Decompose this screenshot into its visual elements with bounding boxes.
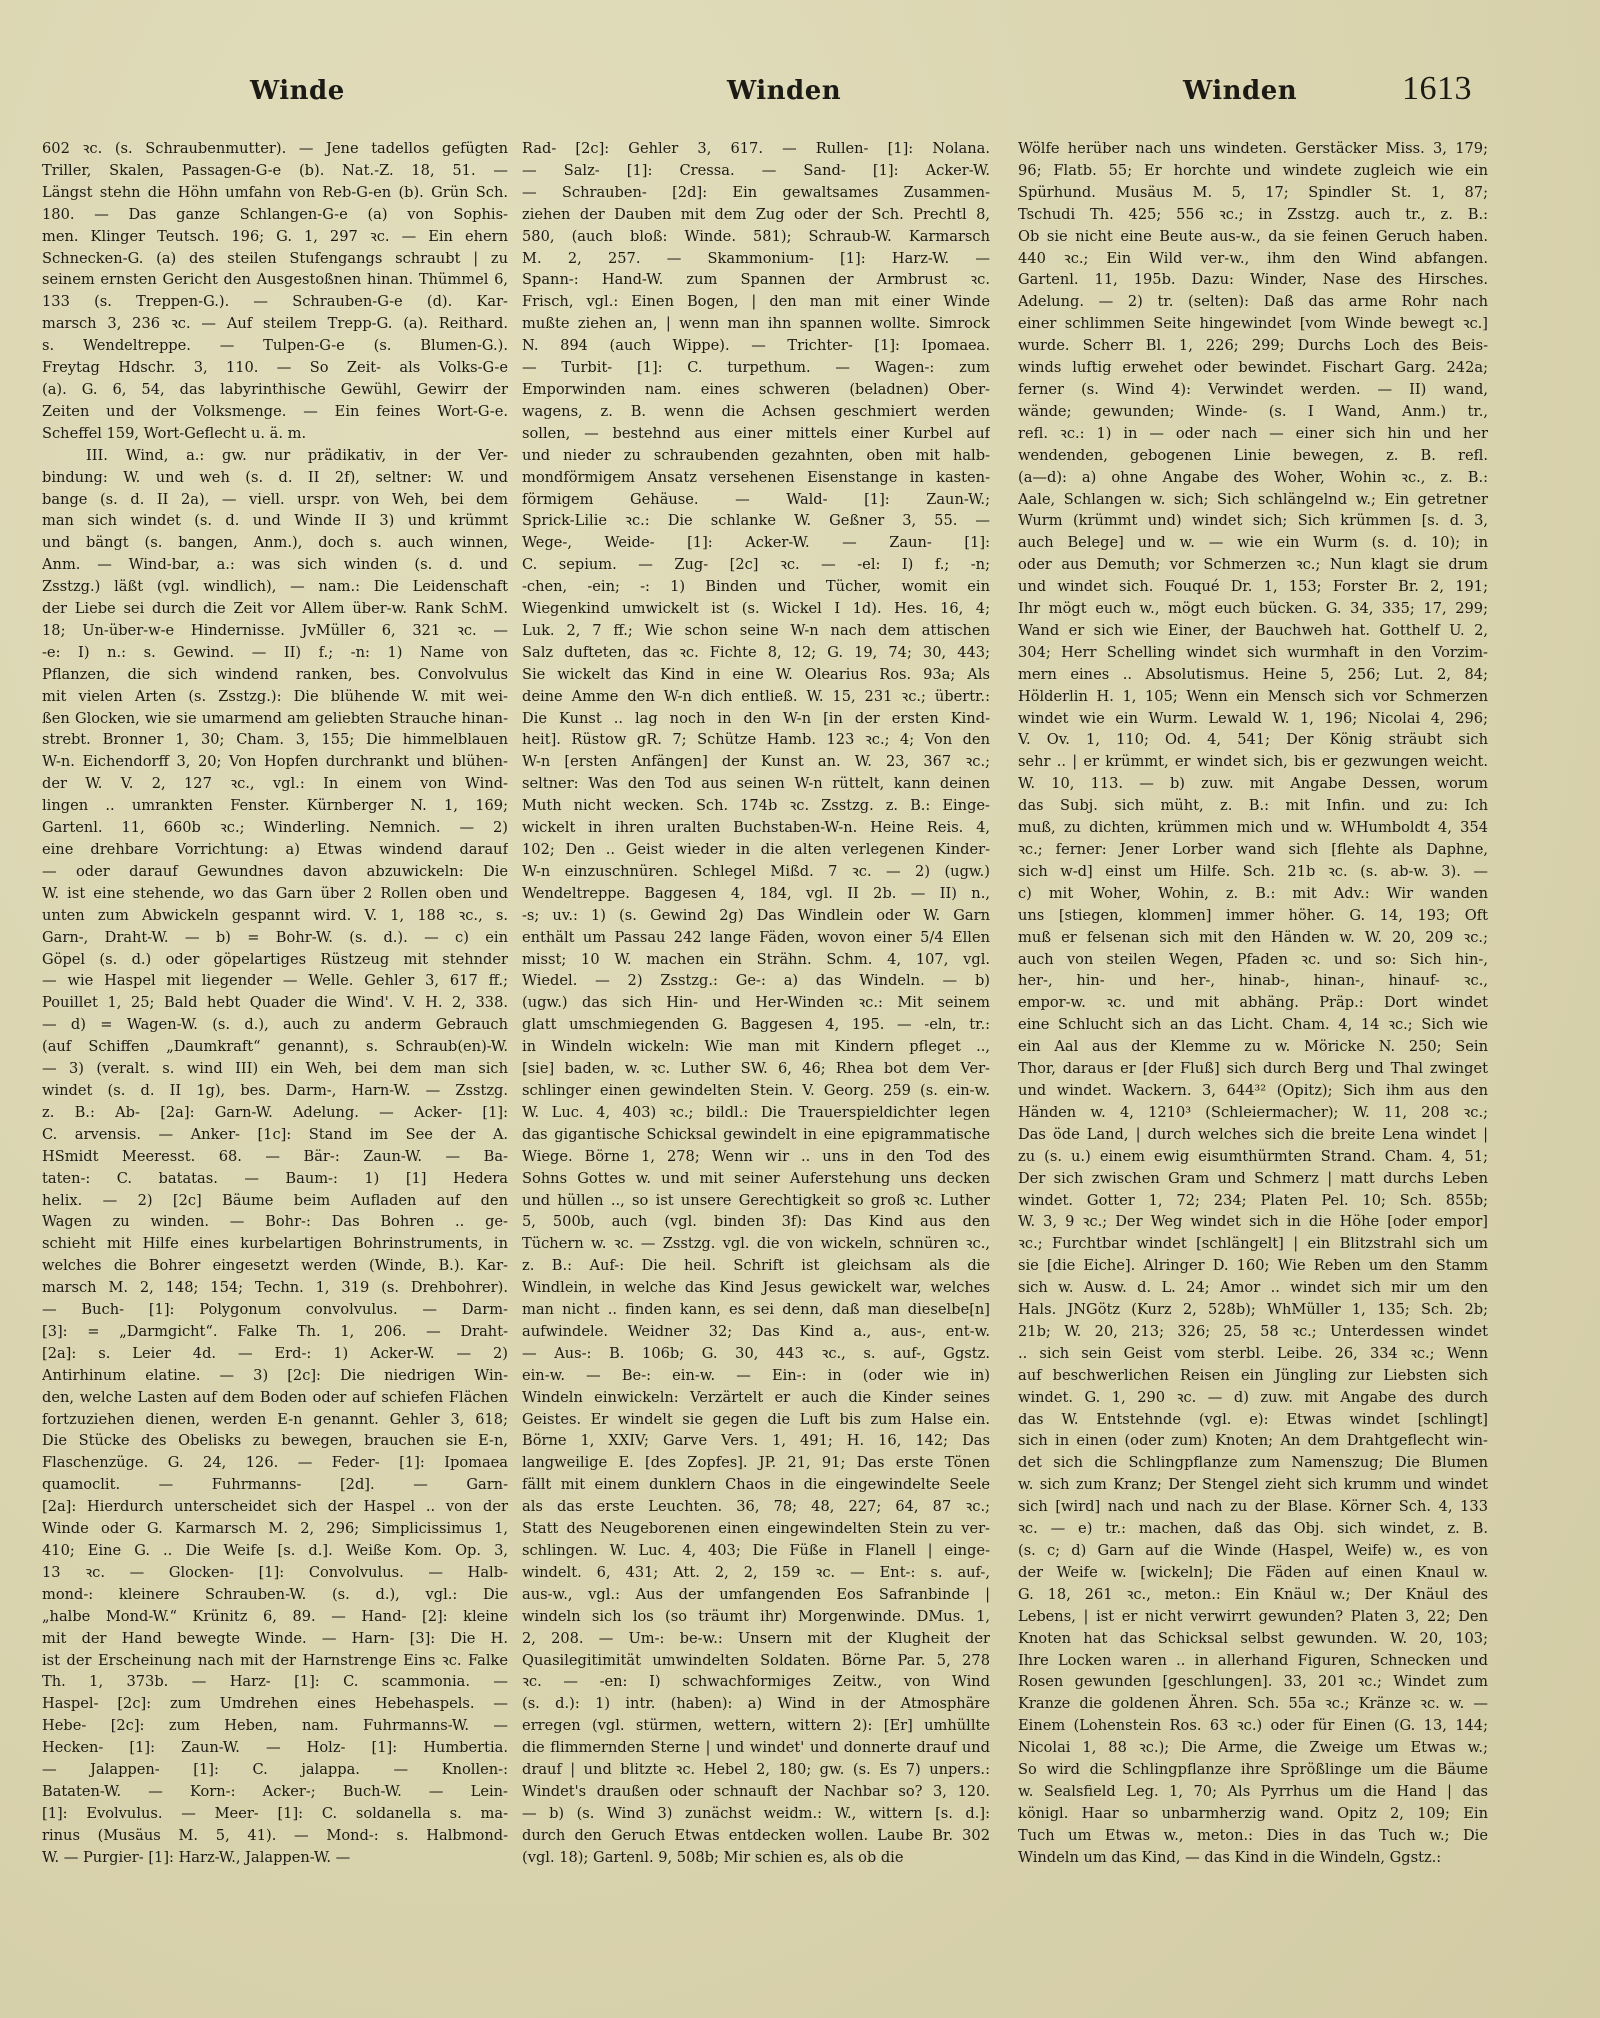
- text-line: W-n einzuschnüren. Schlegel Mißd. 7 ꝛc. …: [522, 861, 990, 883]
- text-line: sich w-d] einst um Hilfe. Sch. 21b ꝛc. (…: [1018, 861, 1488, 883]
- text-line: Kranze die goldenen Ähren. Sch. 55a ꝛc.;…: [1018, 1693, 1488, 1715]
- text-line: der Weife w. [wickeln]; Die Fäden auf ei…: [1018, 1562, 1488, 1584]
- text-line: Flaschenzüge. G. 24, 126. — Feder- [1]: …: [42, 1452, 508, 1474]
- text-line: W. ist eine stehende, wo das Garn über 2…: [42, 883, 508, 905]
- text-line: Muth nicht wecken. Sch. 174b ꝛc. Zsstzg.…: [522, 795, 990, 817]
- text-line: eine drehbare Vorrichtung: a) Etwas wind…: [42, 839, 508, 861]
- text-line: Windeln um das Kind, — das Kind in die W…: [1018, 1847, 1488, 1869]
- page-number: 1613: [1402, 70, 1472, 108]
- text-line: windeln sich los (so träumt ihr) Morgenw…: [522, 1606, 990, 1628]
- text-line: durch den Geruch Etwas entdecken wollen.…: [522, 1825, 990, 1847]
- text-line: W. 3, 9 ꝛc.; Der Weg windet sich in die …: [1018, 1211, 1488, 1233]
- text-line: ꝛc. — -en: I) schwachformiges Zeitw., vo…: [522, 1671, 990, 1693]
- text-line: Sprick-Lilie ꝛc.: Die schlanke W. Geßner…: [522, 510, 990, 532]
- text-line: windelt. 6, 431; Att. 2, 2, 159 ꝛc. — En…: [522, 1562, 990, 1584]
- text-line: Die Stücke des Obelisks zu bewegen, brau…: [42, 1430, 508, 1452]
- text-line: -s; uv.: 1) (s. Gewind 2g) Das Windlein …: [522, 905, 990, 927]
- text-line: Wendeltreppe. Baggesen 4, 184, vgl. II 2…: [522, 883, 990, 905]
- text-line: mußte ziehen an, | wenn man ihn spannen …: [522, 313, 990, 335]
- text-line: fällt mit einem dunklern Chaos in die ei…: [522, 1474, 990, 1496]
- text-line: und bängt (s. bangen, Anm.), doch s. auc…: [42, 532, 508, 554]
- text-line: bindung: W. und weh (s. d. II 2f), seltn…: [42, 467, 508, 489]
- text-line: [3]: = „Darmgicht“. Falke Th. 1, 206. — …: [42, 1321, 508, 1343]
- text-line: empor-w. ꝛc. und mit abhäng. Präp.: Dort…: [1018, 992, 1488, 1014]
- text-line: Ihr mögt euch w., mögt euch bücken. G. 3…: [1018, 598, 1488, 620]
- text-line: ꝛc. — e) tr.: machen, daß das Obj. sich …: [1018, 1518, 1488, 1540]
- text-line: Göpel (s. d.) oder göpelartiges Rüstzeug…: [42, 949, 508, 971]
- text-line: Rosen gewunden [geschlungen]. 33, 201 ꝛc…: [1018, 1671, 1488, 1693]
- text-line: -chen, -ein; -: 1) Binden und Tücher, wo…: [522, 576, 990, 598]
- text-line: Salz dufteten, das ꝛc. Fichte 8, 12; G. …: [522, 642, 990, 664]
- text-line: sollen, — bestehnd aus einer mittels ein…: [522, 423, 990, 445]
- text-line: W. 10, 113. — b) zuw. mit Angabe Dessen,…: [1018, 773, 1488, 795]
- text-line: Winde oder G. Karmarsch M. 2, 296; Simpl…: [42, 1518, 508, 1540]
- text-line: heit]. Rüstow gR. 7; Schütze Hamb. 123 ꝛ…: [522, 729, 990, 751]
- text-column-3: Wölfe herüber nach uns windeten. Gerstäc…: [1018, 138, 1488, 1869]
- text-line: Statt des Neugeborenen einen eingewindel…: [522, 1518, 990, 1540]
- text-line: ßen Glocken, wie sie umarmend am geliebt…: [42, 708, 508, 730]
- text-line: Wege-, Weide- [1]: Acker-W. — Zaun- [1]:: [522, 532, 990, 554]
- running-head-right: Winden: [1183, 76, 1297, 106]
- text-line: oder aus Demuth; vor Schmerzen ꝛc.; Nun …: [1018, 554, 1488, 576]
- text-line: die flimmernden Sterne | und windet' und…: [522, 1737, 990, 1759]
- text-line: aufwindele. Weidner 32; Das Kind a., aus…: [522, 1321, 990, 1343]
- text-line: Knoten hat das Schicksal selbst gewunden…: [1018, 1628, 1488, 1650]
- text-line: Spann-: Hand-W. zum Spannen der Armbrust…: [522, 269, 990, 291]
- text-line: uns [stiegen, klommen] immer höher. G. 1…: [1018, 905, 1488, 927]
- text-line: königl. Haar so unbarmherzig wand. Opitz…: [1018, 1803, 1488, 1825]
- text-line: man sich windet (s. d. und Winde II 3) u…: [42, 510, 508, 532]
- text-line: ziehen der Dauben mit dem Zug oder der S…: [522, 204, 990, 226]
- text-line: w. Sealsfield Leg. 1, 70; Als Pyrrhus um…: [1018, 1781, 1488, 1803]
- text-line: deine Amme den W-n dich entließ. W. 15, …: [522, 686, 990, 708]
- text-line: Ihre Locken waren .. in allerhand Figure…: [1018, 1650, 1488, 1672]
- text-line: — d) = Wagen-W. (s. d.), auch zu anderm …: [42, 1014, 508, 1036]
- text-line: Gartenl. 11, 660b ꝛc.; Winderling. Nemni…: [42, 817, 508, 839]
- text-line: M. 2, 257. — Skammonium- [1]: Harz-W. —: [522, 248, 990, 270]
- text-line: Emporwinden nam. eines schweren (beladne…: [522, 379, 990, 401]
- running-head: Winde Winden Winden 1613: [0, 68, 1600, 118]
- text-line: sich in einen (oder zum) Knoten; An dem …: [1018, 1430, 1488, 1452]
- text-line: Tüchern w. ꝛc. — Zsstzg. vgl. die von wi…: [522, 1233, 990, 1255]
- text-line: Längst stehn die Höhn umfahn von Reb-G-e…: [42, 182, 508, 204]
- text-line: [2a]: s. Leier 4d. — Erd-: 1) Acker-W. —…: [42, 1343, 508, 1365]
- text-line: windet. G. 1, 290 ꝛc. — d) zuw. mit Anga…: [1018, 1387, 1488, 1409]
- text-line: ist der Erscheinung nach mit der Harnstr…: [42, 1650, 508, 1672]
- text-line: langweilige E. [des Zopfes]. JP. 21, 91;…: [522, 1452, 990, 1474]
- text-line: welches die Bohrer eingesetzt werden (Wi…: [42, 1255, 508, 1277]
- text-line: windet (s. d. II 1g), bes. Darm-, Harn-W…: [42, 1080, 508, 1102]
- text-line: — Jalappen- [1]: C. jalappa. — Knollen-:: [42, 1759, 508, 1781]
- text-column-1: 602 ꝛc. (s. Schraubenmutter). — Jene tad…: [42, 138, 508, 1869]
- text-line: Freytag Hdschr. 3, 110. — So Zeit- als V…: [42, 357, 508, 379]
- text-line: Sie wickelt das Kind in eine W. Olearius…: [522, 664, 990, 686]
- text-line: aus-w., vgl.: Aus der umfangenden Eos Sa…: [522, 1584, 990, 1606]
- text-line: s. Wendeltreppe. — Tulpen-G-e (s. Blumen…: [42, 335, 508, 357]
- text-line: — Buch- [1]: Polygonum convolvulus. — Da…: [42, 1299, 508, 1321]
- text-line: der W. V. 2, 127 ꝛc., vgl.: In einem von…: [42, 773, 508, 795]
- text-line: Frisch, vgl.: Einen Bogen, | den man mit…: [522, 291, 990, 313]
- text-line: z. B.: Auf-: Die heil. Schrift ist gleic…: [522, 1255, 990, 1277]
- text-line: förmigem Gehäuse. — Wald- [1]: Zaun-W.;: [522, 489, 990, 511]
- text-line: 2, 208. — Um-: be-w.: Unsern mit der Klu…: [522, 1628, 990, 1650]
- text-line: Wiedel. — 2) Zsstzg.: Ge-: a) das Windel…: [522, 970, 990, 992]
- text-line: das Subj. sich müht, z. B.: mit Infin. u…: [1018, 795, 1488, 817]
- text-line: (ugw.) das sich Hin- und Her-Winden ꝛc.:…: [522, 992, 990, 1014]
- text-line: N. 894 (auch Wippe). — Trichter- [1]: Ip…: [522, 335, 990, 357]
- text-line: „halbe Mond-W.“ Krünitz 6, 89. — Hand- […: [42, 1606, 508, 1628]
- text-line: bange (s. d. II 2a), — viell. urspr. von…: [42, 489, 508, 511]
- text-line: So wird die Schlingpflanze ihre Sprößlin…: [1018, 1759, 1488, 1781]
- text-line: fortzuziehen dienen, werden E-n genannt.…: [42, 1409, 508, 1431]
- text-line: wände; gewunden; Winde- (s. I Wand, Anm.…: [1018, 401, 1488, 423]
- text-line: schieht mit Hilfe eines kurbelartigen Bo…: [42, 1233, 508, 1255]
- text-line: Luk. 2, 7 ff.; Wie schon seine W-n nach …: [522, 620, 990, 642]
- text-line: her-, hin- und her-, hinab-, hinan-, hin…: [1018, 970, 1488, 992]
- text-line: W-n. Eichendorff 3, 20; Von Hopfen durch…: [42, 751, 508, 773]
- text-line: (auf Schiffen „Daumkraft“ genannt), s. S…: [42, 1036, 508, 1058]
- text-line: Sohns Gottes w. und mit seiner Aufersteh…: [522, 1168, 990, 1190]
- text-line: C. sepium. — Zug- [2c] ꝛc. — -el: I) f.;…: [522, 554, 990, 576]
- text-line: sehr .. | er krümmt, er windet sich, bis…: [1018, 751, 1488, 773]
- text-line: 102; Den .. Geist wieder in die alten ve…: [522, 839, 990, 861]
- text-line: men. Klinger Teutsch. 196; G. 1, 297 ꝛc.…: [42, 226, 508, 248]
- dictionary-page: Winde Winden Winden 1613 602 ꝛc. (s. Sch…: [0, 0, 1600, 2018]
- text-line: HSmidt Meeresst. 68. — Bär-: Zaun-W. — B…: [42, 1146, 508, 1168]
- text-line: Thor, daraus er [der Fluß] sich durch Be…: [1018, 1058, 1488, 1080]
- text-line: — wie Haspel mit liegender — Welle. Gehl…: [42, 970, 508, 992]
- text-line: enthält um Passau 242 lange Fäden, wovon…: [522, 927, 990, 949]
- text-line: auch Belege] und w. — wie ein Wurm (s. d…: [1018, 532, 1488, 554]
- running-head-left: Winde: [250, 76, 345, 106]
- text-line: (s. d.): 1) intr. (haben): a) Wind in de…: [522, 1693, 990, 1715]
- text-line: misst; 10 W. machen ein Strähn. Schm. 4,…: [522, 949, 990, 971]
- text-line: Windlein, in welche das Kind Jesus gewic…: [522, 1277, 990, 1299]
- text-line: Händen w. 4, 1210³ (Schleiermacher); W. …: [1018, 1102, 1488, 1124]
- text-line: Zeiten und der Volksmenge. — Ein feines …: [42, 401, 508, 423]
- text-line: z. B.: Ab- [2a]: Garn-W. Adelung. — Acke…: [42, 1102, 508, 1124]
- text-line: W. Luc. 4, 403) ꝛc.; bildl.: Die Trauers…: [522, 1102, 990, 1124]
- text-line: 133 (s. Treppen-G.). — Schrauben-G-e (d)…: [42, 291, 508, 313]
- text-line: Börne 1, XXIV; Garve Vers. 1, 491; H. 16…: [522, 1430, 990, 1452]
- text-line: 21b; W. 20, 213; 326; 25, 58 ꝛc.; Unterd…: [1018, 1321, 1488, 1343]
- text-line: 13 ꝛc. — Glocken- [1]: Convolvulus. — Ha…: [42, 1562, 508, 1584]
- text-line: Schnecken-G. (a) des steilen Stufengangs…: [42, 248, 508, 270]
- text-line: wurde. Scherr Bl. 1, 226; 299; Durchs Lo…: [1018, 335, 1488, 357]
- text-line: Hölderlin H. 1, 105; Wenn ein Mensch sic…: [1018, 686, 1488, 708]
- text-line: wickelt in ihren uralten Buchstaben-W-n.…: [522, 817, 990, 839]
- text-line: zu (s. u.) einem ewig eisumthürmten Stra…: [1018, 1146, 1488, 1168]
- text-line: marsch M. 2, 148; 154; Techn. 1, 319 (s.…: [42, 1277, 508, 1299]
- text-line: schlinger einen gewindelten Stein. V. Ge…: [522, 1080, 990, 1102]
- text-line: (a). G. 6, 54, das labyrinthische Gewühl…: [42, 379, 508, 401]
- text-line: Pouillet 1, 25; Bald hebt Quader die Win…: [42, 992, 508, 1014]
- text-line: Tuch um Etwas w., meton.: Dies in das Tu…: [1018, 1825, 1488, 1847]
- text-line: Wiege. Börne 1, 278; Wenn wir .. uns in …: [522, 1146, 990, 1168]
- text-line: 180. — Das ganze Schlangen-G-e (a) von S…: [42, 204, 508, 226]
- text-line: (vgl. 18); Gartenl. 9, 508b; Mir schien …: [522, 1847, 990, 1869]
- text-line: [1]: Evolvulus. — Meer- [1]: C. soldanel…: [42, 1803, 508, 1825]
- text-column-2: Rad- [2c]: Gehler 3, 617. — Rullen- [1]:…: [522, 138, 990, 1869]
- text-line: sich [wird] nach und nach zu der Blase. …: [1018, 1496, 1488, 1518]
- text-line: Aale, Schlangen w. sich; Sich schlängeln…: [1018, 489, 1488, 511]
- text-line: rinus (Musäus M. 5, 41). — Mond-: s. Hal…: [42, 1825, 508, 1847]
- text-line: 580, (auch bloß: Winde. 581); Schraub-W.…: [522, 226, 990, 248]
- text-line: quamoclit. — Fuhrmanns- [2d]. — Garn-: [42, 1474, 508, 1496]
- text-line: III. Wind, a.: gw. nur prädikativ, in de…: [42, 445, 508, 467]
- text-line: Spürhund. Musäus M. 5, 17; Spindler St. …: [1018, 182, 1488, 204]
- text-line: auf beschwerlichen Reisen ein Jüngling z…: [1018, 1365, 1488, 1387]
- text-line: mit der Hand bewegte Winde. — Harn- [3]:…: [42, 1628, 508, 1650]
- text-line: Ob sie nicht eine Beute aus-w., da sie f…: [1018, 226, 1488, 248]
- text-line: 304; Herr Schelling windet sich wurmhaft…: [1018, 642, 1488, 664]
- text-line: Wand er sich wie Einer, der Bauchweh hat…: [1018, 620, 1488, 642]
- text-line: taten-: C. batatas. — Baum-: 1) [1] Hede…: [42, 1168, 508, 1190]
- text-line: 96; Flatb. 55; Er horchte und windete zu…: [1018, 160, 1488, 182]
- text-line: w. sich zum Kranz; Der Stengel zieht sic…: [1018, 1474, 1488, 1496]
- text-line: helix. — 2) [2c] Bäume beim Aufladen auf…: [42, 1190, 508, 1212]
- text-line: mond-: kleinere Schrauben-W. (s. d.), vg…: [42, 1584, 508, 1606]
- text-line: und windet. Wackern. 3, 644³² (Opitz); S…: [1018, 1080, 1488, 1102]
- text-line: Triller, Skalen, Passagen-G-e (b). Nat.-…: [42, 160, 508, 182]
- text-line: Geistes. Er windelt sie gegen die Luft b…: [522, 1409, 990, 1431]
- text-line: W. — Purgier- [1]: Harz-W., Jalappen-W. …: [42, 1847, 508, 1869]
- text-line: muß er felsenan sich mit den Händen w. W…: [1018, 927, 1488, 949]
- text-line: Anm. — Wind-bar, a.: was sich winden (s.…: [42, 554, 508, 576]
- text-line: und hüllen .., so ist unsere Gerechtigke…: [522, 1190, 990, 1212]
- text-line: W-n [ersten Anfängen] der Kunst an. W. 2…: [522, 751, 990, 773]
- text-line: (a—d): a) ohne Angabe des Woher, Wohin ꝛ…: [1018, 467, 1488, 489]
- text-line: Das öde Land, | durch welches sich die b…: [1018, 1124, 1488, 1146]
- text-line: Garn-, Draht-W. — b) = Bohr-W. (s. d.). …: [42, 927, 508, 949]
- text-line: -e: I) n.: s. Gewind. — II) f.; -n: 1) N…: [42, 642, 508, 664]
- text-line: das gigantische Schicksal gewindelt in e…: [522, 1124, 990, 1146]
- text-line: — Turbit- [1]: C. turpethum. — Wagen-: z…: [522, 357, 990, 379]
- text-line: schlingen. W. Luc. 4, 403; Die Füße in F…: [522, 1540, 990, 1562]
- text-line: — 3) (veralt. s. wind III) ein Weh, bei …: [42, 1058, 508, 1080]
- text-line: — oder darauf Gewundnes davon abzuwickel…: [42, 861, 508, 883]
- text-line: windet. Gotter 1, 72; 234; Platen Pel. 1…: [1018, 1190, 1488, 1212]
- text-line: Wölfe herüber nach uns windeten. Gerstäc…: [1018, 138, 1488, 160]
- text-line: — Salz- [1]: Cressa. — Sand- [1]: Acker-…: [522, 160, 990, 182]
- text-line: Quasilegitimität umwindelten Soldaten. B…: [522, 1650, 990, 1672]
- text-line: mit vielen Arten (s. Zsstzg.): Die blühe…: [42, 686, 508, 708]
- text-line: ein Aal aus der Klemme zu w. Möricke N. …: [1018, 1036, 1488, 1058]
- text-line: refl. ꝛc.: 1) in — oder nach — einer sic…: [1018, 423, 1488, 445]
- text-line: Antirhinum elatine. — 3) [2c]: Die niedr…: [42, 1365, 508, 1387]
- text-line: mondförmigem Ansatz versehenen Eisenstan…: [522, 467, 990, 489]
- text-line: ein-w. — Be-: ein-w. — Ein-: in (oder wi…: [522, 1365, 990, 1387]
- text-line: der Liebe sei durch die Zeit vor Allem ü…: [42, 598, 508, 620]
- text-line: glatt umschmiegenden G. Baggesen 4, 195.…: [522, 1014, 990, 1036]
- text-line: seinem ernsten Gericht den Ausgestoßnen …: [42, 269, 508, 291]
- text-line: Rad- [2c]: Gehler 3, 617. — Rullen- [1]:…: [522, 138, 990, 160]
- text-line: sich w. Ausw. d. L. 24; Amor .. windet s…: [1018, 1277, 1488, 1299]
- text-line: wagens, z. B. wenn die Achsen geschmiert…: [522, 401, 990, 423]
- text-line: einer schlimmen Seite hingewindet [vom W…: [1018, 313, 1488, 335]
- text-line: windet wie ein Wurm. Lewald W. 1, 196; N…: [1018, 708, 1488, 730]
- text-line: erregen (vgl. stürmen, wettern, wittern …: [522, 1715, 990, 1737]
- text-line: sie [die Eiche]. Alringer D. 160; Wie Re…: [1018, 1255, 1488, 1277]
- text-line: in Windeln wickeln: Wie man mit Kindern …: [522, 1036, 990, 1058]
- text-line: unten zum Abwickeln gespannt wird. V. 1,…: [42, 905, 508, 927]
- text-line: — Aus-: B. 106b; G. 30, 443 ꝛc., s. auf-…: [522, 1343, 990, 1365]
- text-line: Windeln einwickeln: Verzärtelt er auch d…: [522, 1387, 990, 1409]
- text-line: Die Kunst .. lag noch in den W-n [in der…: [522, 708, 990, 730]
- text-line: man nicht .. finden kann, es sei denn, d…: [522, 1299, 990, 1321]
- text-line: Wurm (krümmt und) windet sich; Sich krüm…: [1018, 510, 1488, 532]
- text-line: Haspel- [2c]: zum Umdrehen eines Hebehas…: [42, 1693, 508, 1715]
- text-line: seltner: Was den Tod aus seinen W-n rütt…: [522, 773, 990, 795]
- text-line: marsch 3, 236 ꝛc. — Auf steilem Trepp-G.…: [42, 313, 508, 335]
- text-line: Windet's draußen oder schnauft der Nachb…: [522, 1781, 990, 1803]
- text-line: Th. 1, 373b. — Harz- [1]: C. scammonia. …: [42, 1671, 508, 1693]
- text-line: mern eines .. Absolutismus. Heine 5, 256…: [1018, 664, 1488, 686]
- text-line: G. 18, 261 ꝛc., meton.: Ein Knäul w.; De…: [1018, 1584, 1488, 1606]
- text-line: wendenden, gebogenen Linie bewegen, z. B…: [1018, 445, 1488, 467]
- text-line: muß, zu dichten, krümmen mich und w. WHu…: [1018, 817, 1488, 839]
- text-line: als das erste Leuchten. 36, 78; 48, 227;…: [522, 1496, 990, 1518]
- text-line: auch von steilen Wegen, Pfaden ꝛc. und s…: [1018, 949, 1488, 971]
- text-line: Wiegenkind umwickelt ist (s. Wickel I 1d…: [522, 598, 990, 620]
- text-line: — b) (s. Wind 3) zunächst weidm.: W., wi…: [522, 1803, 990, 1825]
- text-line: Einem (Lohenstein Ros. 63 ꝛc.) oder für …: [1018, 1715, 1488, 1737]
- text-line: 5, 500b, auch (vgl. binden 3f): Das Kind…: [522, 1211, 990, 1233]
- text-line: ꝛc.; Furchtbar windet [schlängelt] | ein…: [1018, 1233, 1488, 1255]
- text-line: eine Schlucht sich an das Licht. Cham. 4…: [1018, 1014, 1488, 1036]
- text-line: C. arvensis. — Anker- [1c]: Stand im See…: [42, 1124, 508, 1146]
- running-head-center: Winden: [727, 76, 841, 106]
- text-line: Nicolai 1, 88 ꝛc.); Die Arme, die Zweige…: [1018, 1737, 1488, 1759]
- text-line: Lebens, | ist er nicht verwirrt gewunden…: [1018, 1606, 1488, 1628]
- text-line: 18; Un-über-w-e Hindernisse. JvMüller 6,…: [42, 620, 508, 642]
- text-line: [sie] baden, w. ꝛc. Luther SW. 6, 46; Rh…: [522, 1058, 990, 1080]
- text-line: [2a]: Hierdurch unterscheidet sich der H…: [42, 1496, 508, 1518]
- text-line: (s. c; d) Garn auf die Winde (Haspel, We…: [1018, 1540, 1488, 1562]
- text-line: lingen .. umrankten Fenster. Kürnberger …: [42, 795, 508, 817]
- text-line: strebt. Bronner 1, 30; Cham. 3, 155; Die…: [42, 729, 508, 751]
- text-line: Hebe- [2c]: zum Heben, nam. Fuhrmanns-W.…: [42, 1715, 508, 1737]
- text-line: Pflanzen, die sich windend ranken, bes. …: [42, 664, 508, 686]
- text-line: 440 ꝛc.; Ein Wild ver-w., ihm den Wind a…: [1018, 248, 1488, 270]
- text-line: ꝛc.; ferner: Jener Lorber wand sich [fle…: [1018, 839, 1488, 861]
- text-line: Tschudi Th. 425; 556 ꝛc.; in Zsstzg. auc…: [1018, 204, 1488, 226]
- text-line: — Schrauben- [2d]: Ein gewaltsames Zusam…: [522, 182, 990, 204]
- text-line: Hals. JNGötz (Kurz 2, 528b); WhMüller 1,…: [1018, 1299, 1488, 1321]
- text-line: det sich die Schlingpflanze zum Namenszu…: [1018, 1452, 1488, 1474]
- text-line: Zsstzg.) läßt (vgl. windlich), — nam.: D…: [42, 576, 508, 598]
- text-line: Der sich zwischen Gram und Schmerz | mat…: [1018, 1168, 1488, 1190]
- text-line: Hecken- [1]: Zaun-W. — Holz- [1]: Humber…: [42, 1737, 508, 1759]
- text-line: V. Ov. 1, 110; Od. 4, 541; Der König str…: [1018, 729, 1488, 751]
- text-line: .. sich sein Geist vom sterbl. Leibe. 26…: [1018, 1343, 1488, 1365]
- text-line: Adelung. — 2) tr. (selten): Daß das arme…: [1018, 291, 1488, 313]
- text-line: und windet sich. Fouqué Dr. 1, 153; Fors…: [1018, 576, 1488, 598]
- text-line: Wagen zu winden. — Bohr-: Das Bohren .. …: [42, 1211, 508, 1233]
- text-line: drauf | und blitzte ꝛc. Hebel 2, 180; gw…: [522, 1759, 990, 1781]
- text-line: Bataten-W. — Korn-: Acker-; Buch-W. — Le…: [42, 1781, 508, 1803]
- text-line: und nieder zu schraubenden gezahnten, ob…: [522, 445, 990, 467]
- text-line: winds luftig erwehet oder bewindet. Fisc…: [1018, 357, 1488, 379]
- text-line: das W. Entstehnde (vgl. e): Etwas windet…: [1018, 1409, 1488, 1431]
- text-line: Gartenl. 11, 195b. Dazu: Winder, Nase de…: [1018, 269, 1488, 291]
- text-line: 602 ꝛc. (s. Schraubenmutter). — Jene tad…: [42, 138, 508, 160]
- text-line: c) mit Woher, Wohin, z. B.: mit Adv.: Wi…: [1018, 883, 1488, 905]
- text-line: ferner (s. Wind 4): Verwindet werden. — …: [1018, 379, 1488, 401]
- text-line: den, welche Lasten auf dem Boden oder au…: [42, 1387, 508, 1409]
- text-line: 410; Eine G. .. Die Weife [s. d.]. Weiße…: [42, 1540, 508, 1562]
- text-line: Scheffel 159, Wort-Geflecht u. ä. m.: [42, 423, 508, 445]
